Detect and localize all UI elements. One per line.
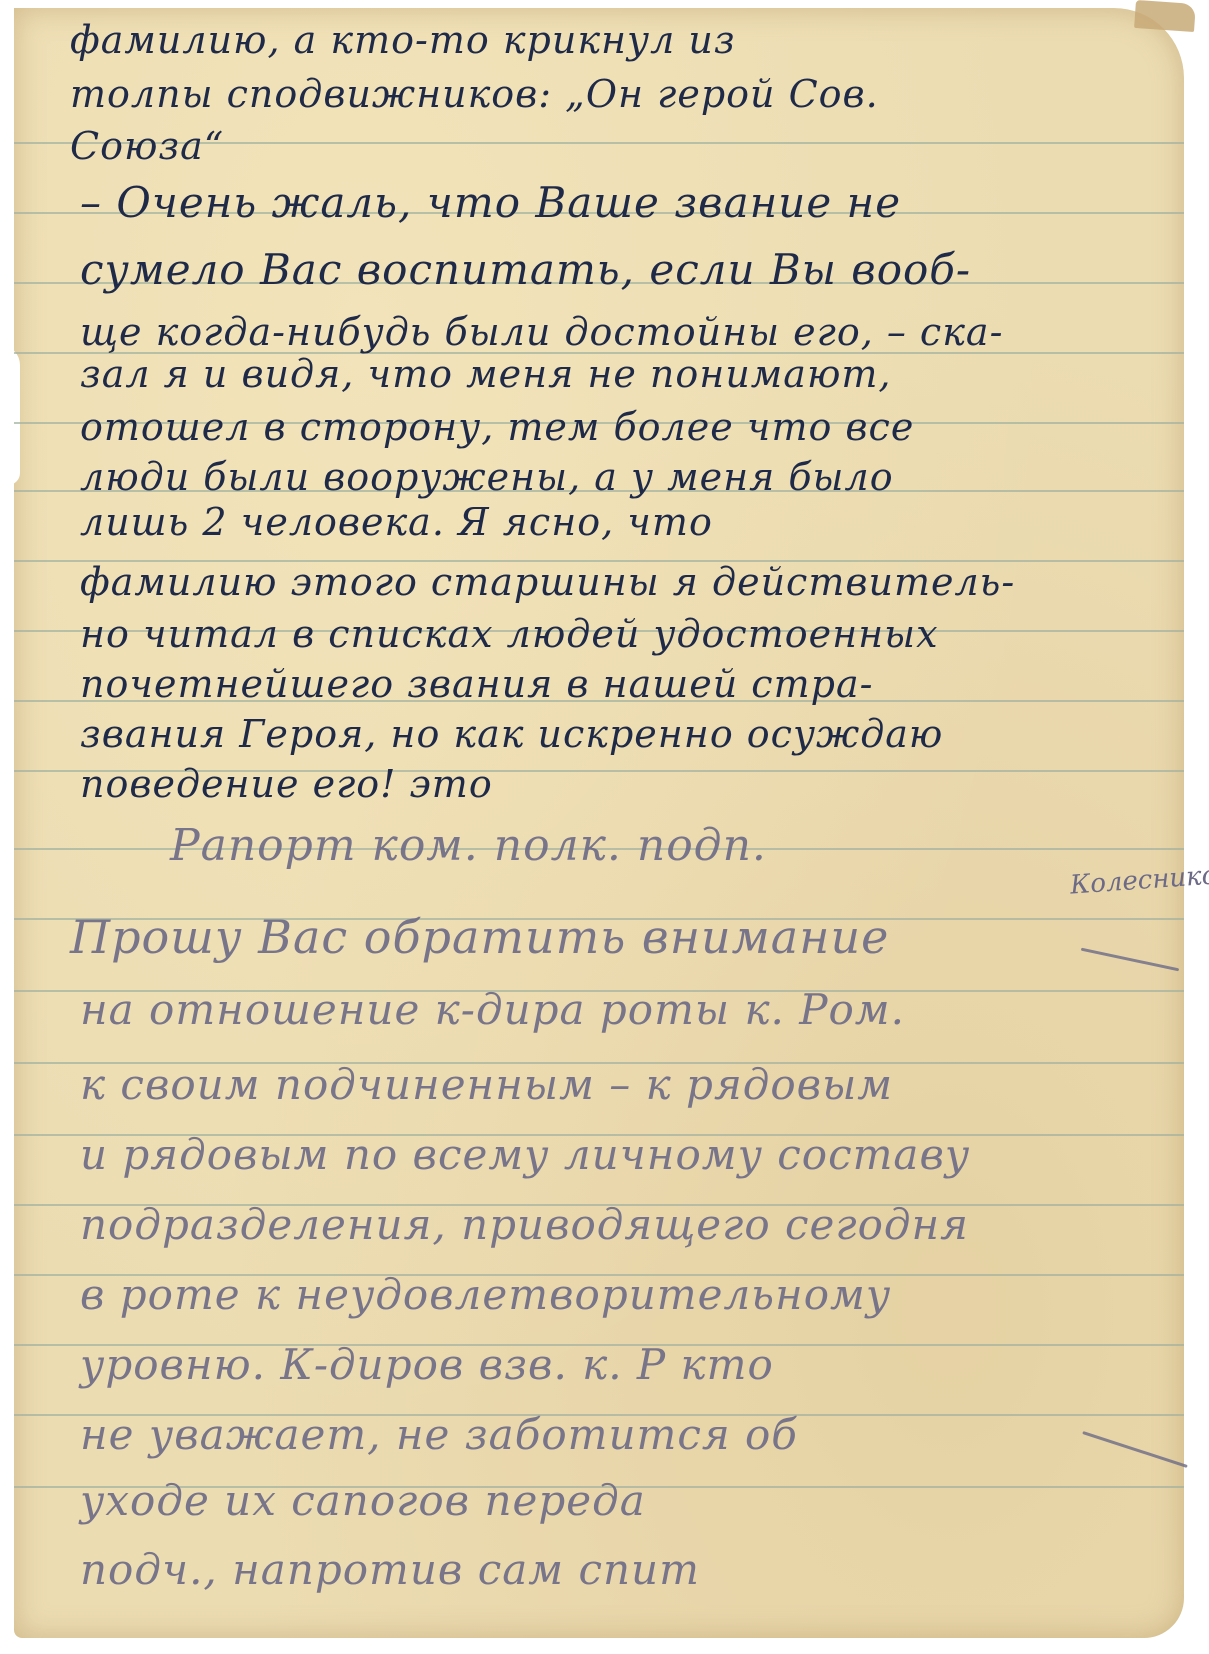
pencil-line-10: уходе их сапогов переда [80,1476,646,1525]
pencil-line-4: к своим подчиненным – к рядовым [80,1060,893,1109]
pencil-line-9: не уважает, не заботится об [80,1410,798,1459]
pencil-line-6: подразделения, приводящего сегодня [80,1200,969,1249]
ink-line-11: фамилию этого старшины я действитель- [80,560,1015,604]
ink-line-1: фамилию, а кто-то крикнул из [70,18,736,62]
ink-line-15: поведение его! это [80,762,493,806]
ink-line-3: Союза“ [70,124,224,168]
ink-line-12: но читал в списках людей удостоенных [80,612,939,656]
ink-line-8: отошел в сторону, тем более что все [80,405,914,449]
ink-line-4: – Очень жаль, что Ваше звание не [80,178,901,227]
ink-line-5: сумело Вас воспитать, если Вы вооб- [80,245,971,294]
ink-line-14: звания Героя, но как искренно осуждаю [80,712,943,756]
ink-line-6: ще когда-нибудь были достойны его, – ска… [80,310,1003,354]
ink-line-7: зал я и видя, что меня не понимают, [80,352,892,396]
pencil-line-7: в роте к неудовлетворительному [80,1270,891,1319]
paper-tear-top-right [1134,0,1196,32]
pencil-line-1-report-heading: Рапорт ком. полк. подп. [170,820,767,871]
pencil-line-2: Прошу Вас обратить внимание [70,910,889,964]
ink-line-13: почетнейшего звания в нашей стра- [80,662,873,706]
ink-line-10: лишь 2 человека. Я ясно, что [80,500,713,544]
ink-line-9: люди были вооружены, а у меня было [80,455,894,499]
paper-tear-left-edge [0,345,20,485]
pencil-line-5: и рядовым по всему личному составу [80,1130,970,1179]
pencil-line-3: на отношение к-дира роты к. Ром. [80,985,905,1034]
pencil-line-8: уровню. К-диров взв. к. Р кто [80,1340,774,1389]
ink-line-2: толпы сподвижников: „Он герой Сов. [70,72,879,116]
pencil-line-11: подч., напротив сам спит [80,1545,700,1594]
